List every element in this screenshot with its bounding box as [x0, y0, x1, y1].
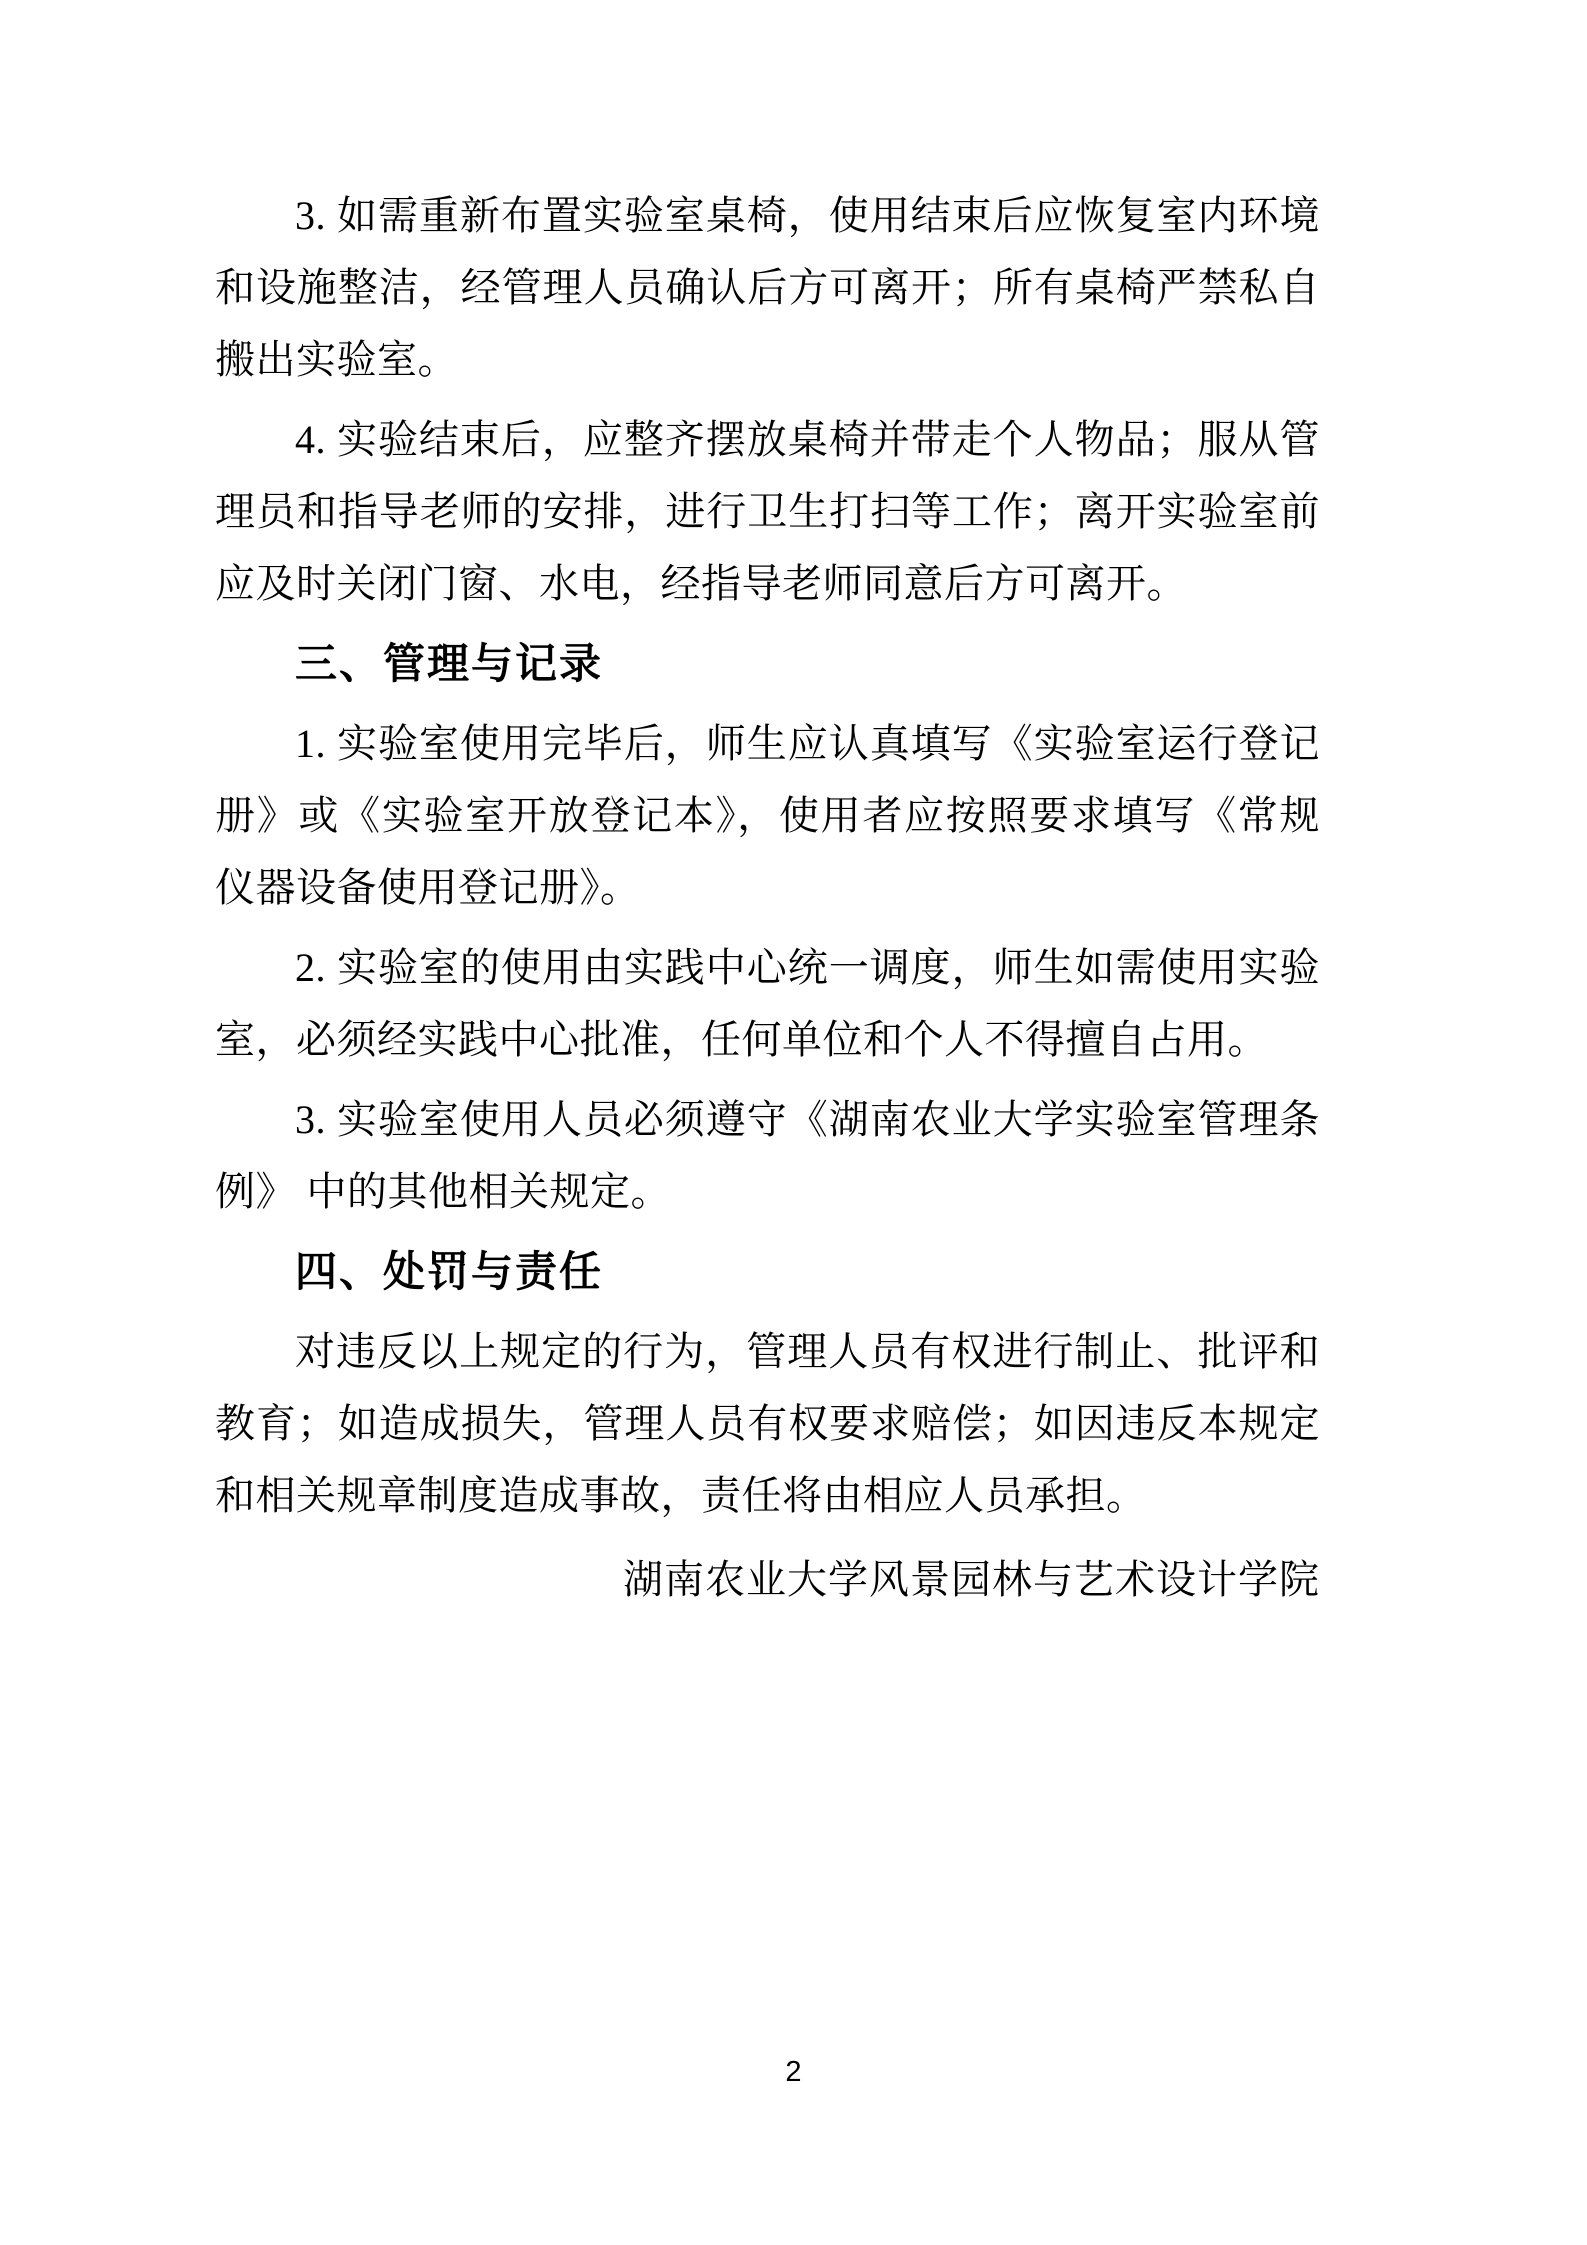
text-line: 例》 中的其他相关规定。 — [215, 1156, 1320, 1228]
text-line: 3. 实验室使用人员必须遵守《湖南农业大学实验室管理条 — [215, 1084, 1320, 1156]
text-line: 湖南农业大学风景园林与艺术设计学院 — [215, 1544, 1320, 1616]
signature-line: 湖南农业大学风景园林与艺术设计学院 — [215, 1544, 1320, 1616]
body-paragraph: 4. 实验结束后，应整齐摆放桌椅并带走个人物品；服从管理员和指导老师的安排，进行… — [215, 404, 1320, 620]
section-heading: 三、管理与记录 — [215, 628, 1320, 700]
body-paragraph: 对违反以上规定的行为，管理人员有权进行制止、批评和教育；如造成损失，管理人员有权… — [215, 1316, 1320, 1532]
text-line: 应及时关闭门窗、水电，经指导老师同意后方可离开。 — [215, 548, 1320, 620]
text-line: 三、管理与记录 — [215, 628, 1320, 700]
text-line: 仪器设备使用登记册》。 — [215, 852, 1320, 924]
text-line: 册》或《实验室开放登记本》，使用者应按照要求填写《常规 — [215, 780, 1320, 852]
section-heading: 四、处罚与责任 — [215, 1236, 1320, 1308]
text-line: 教育；如造成损失，管理人员有权要求赔偿；如因违反本规定 — [215, 1388, 1320, 1460]
text-line: 四、处罚与责任 — [215, 1236, 1320, 1308]
text-line: 室，必须经实践中心批准，任何单位和个人不得擅自占用。 — [215, 1004, 1320, 1076]
body-paragraph: 3. 如需重新布置实验室桌椅，使用结束后应恢复室内环境和设施整洁，经管理人员确认… — [215, 180, 1320, 396]
text-line: 和相关规章制度造成事故，责任将由相应人员承担。 — [215, 1460, 1320, 1532]
text-line: 和设施整洁，经管理人员确认后方可离开；所有桌椅严禁私自 — [215, 252, 1320, 324]
document-content: 3. 如需重新布置实验室桌椅，使用结束后应恢复室内环境和设施整洁，经管理人员确认… — [215, 180, 1320, 1616]
text-line: 2. 实验室的使用由实践中心统一调度，师生如需使用实验 — [215, 932, 1320, 1004]
text-line: 搬出实验室。 — [215, 324, 1320, 396]
text-line: 对违反以上规定的行为，管理人员有权进行制止、批评和 — [215, 1316, 1320, 1388]
body-paragraph: 2. 实验室的使用由实践中心统一调度，师生如需使用实验室，必须经实践中心批准，任… — [215, 932, 1320, 1076]
text-line: 1. 实验室使用完毕后，师生应认真填写《实验室运行登记 — [215, 708, 1320, 780]
document-page: 3. 如需重新布置实验室桌椅，使用结束后应恢复室内环境和设施整洁，经管理人员确认… — [0, 0, 1587, 2245]
body-paragraph: 1. 实验室使用完毕后，师生应认真填写《实验室运行登记册》或《实验室开放登记本》… — [215, 708, 1320, 924]
text-line: 4. 实验结束后，应整齐摆放桌椅并带走个人物品；服从管 — [215, 404, 1320, 476]
text-line: 3. 如需重新布置实验室桌椅，使用结束后应恢复室内环境 — [215, 180, 1320, 252]
text-line: 理员和指导老师的安排，进行卫生打扫等工作；离开实验室前 — [215, 476, 1320, 548]
body-paragraph: 3. 实验室使用人员必须遵守《湖南农业大学实验室管理条例》 中的其他相关规定。 — [215, 1084, 1320, 1228]
page-number: 2 — [0, 2052, 1587, 2092]
